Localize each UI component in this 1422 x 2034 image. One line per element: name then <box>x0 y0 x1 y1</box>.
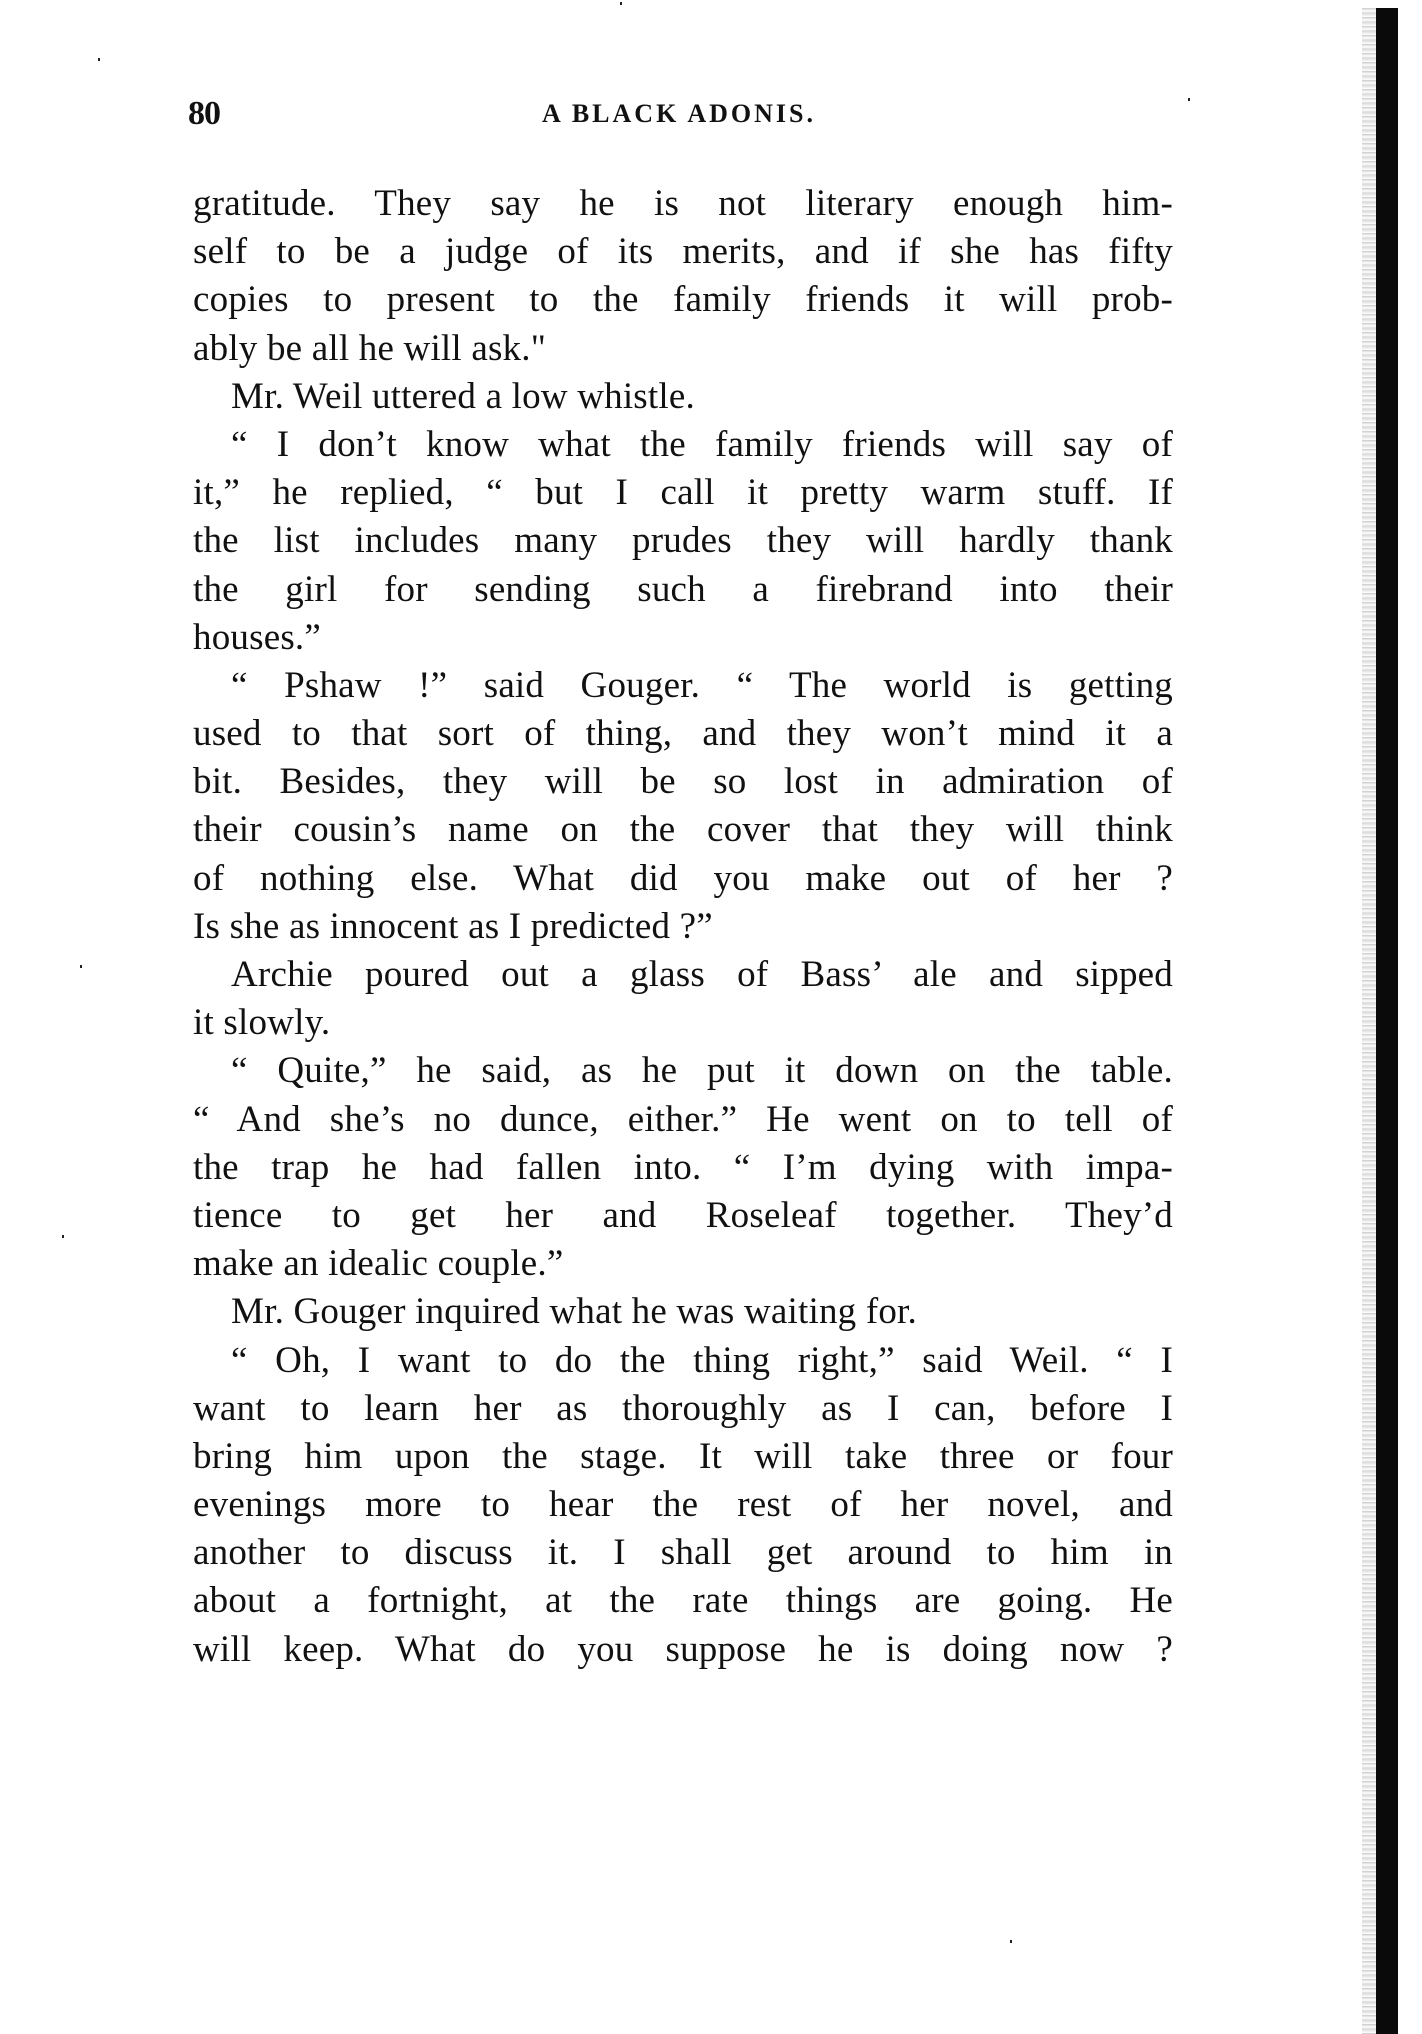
scan-speck <box>1010 1940 1012 1943</box>
text-line: ably be all he will ask." <box>193 325 1173 373</box>
text-line: the girl for sending such a firebrand in… <box>193 566 1173 614</box>
scan-speck <box>620 2 622 5</box>
text-line: Mr. Gouger inquired what he was waiting … <box>193 1288 1173 1336</box>
text-line: another to discuss it. I shall get aroun… <box>193 1529 1173 1577</box>
book-page: 80 A BLACK ADONIS. gratitude. They say h… <box>0 0 1422 2034</box>
text-line: the trap he had fallen into. “ I’m dying… <box>193 1144 1173 1192</box>
scan-speck <box>80 965 82 968</box>
text-line: Is she as innocent as I predicted ?” <box>193 903 1173 951</box>
scan-speck <box>1188 98 1190 101</box>
scan-speck <box>98 58 100 61</box>
text-line: Archie poured out a glass of Bass’ ale a… <box>193 951 1173 999</box>
text-line: tience to get her and Roseleaf together.… <box>193 1192 1173 1240</box>
text-line: will keep. What do you suppose he is doi… <box>193 1626 1173 1674</box>
text-line: the list includes many prudes they will … <box>193 517 1173 565</box>
text-line: make an idealic couple.” <box>193 1240 1173 1288</box>
scan-speck <box>62 1235 64 1238</box>
body-text: gratitude. They say he is not literary e… <box>193 180 1173 1674</box>
text-line: houses.” <box>193 614 1173 662</box>
text-line: bring him upon the stage. It will take t… <box>193 1433 1173 1481</box>
binding-edge <box>1376 8 1398 2034</box>
text-line: evenings more to hear the rest of her no… <box>193 1481 1173 1529</box>
text-line: their cousin’s name on the cover that th… <box>193 806 1173 854</box>
text-line: gratitude. They say he is not literary e… <box>193 180 1173 228</box>
text-line: bit. Besides, they will be so lost in ad… <box>193 758 1173 806</box>
text-line: copies to present to the family friends … <box>193 276 1173 324</box>
text-line: used to that sort of thing, and they won… <box>193 710 1173 758</box>
text-line: it,” he replied, “ but I call it pretty … <box>193 469 1173 517</box>
text-line: “ Pshaw !” said Gouger. “ The world is g… <box>193 662 1173 710</box>
running-title: A BLACK ADONIS. <box>188 99 1170 129</box>
text-line: “ Oh, I want to do the thing right,” sai… <box>193 1337 1173 1385</box>
text-line: about a fortnight, at the rate things ar… <box>193 1577 1173 1625</box>
text-line: want to learn her as thoroughly as I can… <box>193 1385 1173 1433</box>
text-line: self to be a judge of its merits, and if… <box>193 228 1173 276</box>
text-line: of nothing else. What did you make out o… <box>193 855 1173 903</box>
text-line: “ I don’t know what the family friends w… <box>193 421 1173 469</box>
running-head: 80 A BLACK ADONIS. <box>188 95 1170 135</box>
text-line: “ Quite,” he said, as he put it down on … <box>193 1047 1173 1095</box>
text-line: it slowly. <box>193 999 1173 1047</box>
text-line: Mr. Weil uttered a low whistle. <box>193 373 1173 421</box>
text-line: “ And she’s no dunce, either.” He went o… <box>193 1096 1173 1144</box>
